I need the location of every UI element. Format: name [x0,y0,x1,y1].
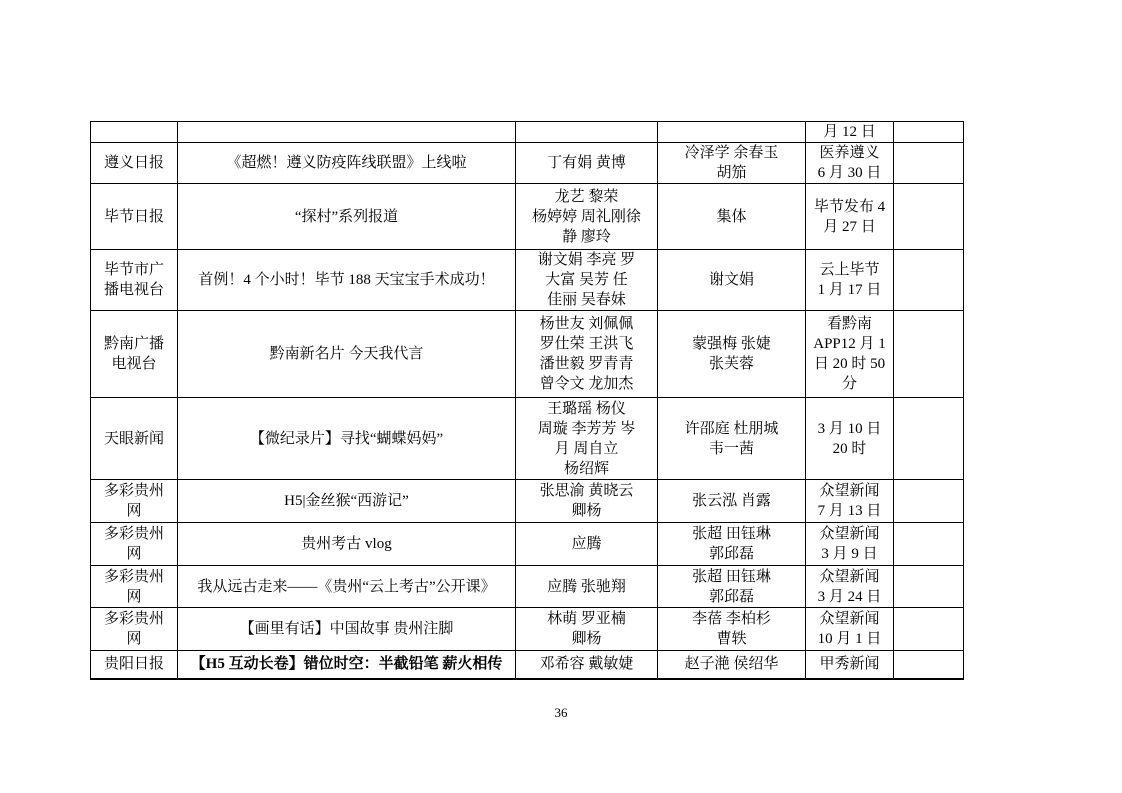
table-row: 黔南广播 电视台 黔南新名片 今天我代言 杨世友 刘佩佩 罗仕荣 王洪飞 潘世毅… [91,311,964,398]
title-cell [178,122,516,143]
editors-cell: 赵子滟 侯绍华 [658,651,806,679]
platform-cell: 3 月 10 日 20 时 [806,398,894,480]
table-row: 毕节日报 “探村”系列报道 龙艺 黎荣 杨婷婷 周礼刚徐 静 廖玲 集体 毕节发… [91,184,964,250]
authors-cell: 杨世友 刘佩佩 罗仕荣 王洪飞 潘世毅 罗青青 曾令文 龙加杰 [516,311,658,398]
table-row: 天眼新闻 【微纪录片】寻找“蝴蝶妈妈” 王璐瑶 杨仪 周璇 李芳芳 岑 月 周自… [91,398,964,480]
media-cell [91,122,178,143]
title-cell: 【H5 互动长卷】错位时空：半截铅笔 薪火相传 [178,651,516,679]
note-cell [894,480,964,523]
editors-cell [658,122,806,143]
title-cell: 黔南新名片 今天我代言 [178,311,516,398]
title-cell: “探村”系列报道 [178,184,516,250]
note-cell [894,311,964,398]
authors-cell: 龙艺 黎荣 杨婷婷 周礼刚徐 静 廖玲 [516,184,658,250]
table-row: 遵义日报 《超燃！遵义防疫阵线联盟》上线啦 丁有娟 黄博 冷泽学 余春玉 胡笳 … [91,143,964,184]
note-cell [894,122,964,143]
note-cell [894,608,964,651]
table-row: 多彩贵州 网 H5|金丝猴“西游记” 张思渝 黄晓云 卿杨 张云泓 肖露 众望新… [91,480,964,523]
title-cell: 贵州考古 vlog [178,523,516,566]
media-cell: 遵义日报 [91,143,178,184]
editors-cell: 李蓓 李柏杉 曹轶 [658,608,806,651]
note-cell [894,250,964,311]
table-row: 月 12 日 [91,122,964,143]
authors-cell: 王璐瑶 杨仪 周璇 李芳芳 岑 月 周自立 杨绍辉 [516,398,658,480]
authors-cell: 邓希容 戴敏婕 [516,651,658,679]
title-cell: 【画里有话】中国故事 贵州注脚 [178,608,516,651]
media-cell: 黔南广播 电视台 [91,311,178,398]
media-cell: 天眼新闻 [91,398,178,480]
platform-cell: 月 12 日 [806,122,894,143]
editors-cell: 张超 田钰琳 郭邱磊 [658,566,806,608]
media-cell: 多彩贵州 网 [91,480,178,523]
note-cell [894,566,964,608]
table-row: 多彩贵州 网 【画里有话】中国故事 贵州注脚 林萌 罗亚楠 卿杨 李蓓 李柏杉 … [91,608,964,651]
editors-cell: 谢文娟 [658,250,806,311]
note-cell [894,398,964,480]
media-cell: 多彩贵州 网 [91,523,178,566]
platform-cell: 看黔南 APP12 月 1 日 20 时 50 分 [806,311,894,398]
authors-cell: 丁有娟 黄博 [516,143,658,184]
media-cell: 毕节市广 播电视台 [91,250,178,311]
editors-cell: 冷泽学 余春玉 胡笳 [658,143,806,184]
media-cell: 毕节日报 [91,184,178,250]
authors-cell: 张思渝 黄晓云 卿杨 [516,480,658,523]
platform-cell: 云上毕节 1 月 17 日 [806,250,894,311]
platform-cell: 众望新闻 3 月 24 日 [806,566,894,608]
title-cell: 首例！4 个小时！毕节 188 天宝宝手术成功！ [178,250,516,311]
authors-cell [516,122,658,143]
title-cell: 【微纪录片】寻找“蝴蝶妈妈” [178,398,516,480]
platform-cell: 众望新闻 10 月 1 日 [806,608,894,651]
media-cell: 贵阳日报 [91,651,178,679]
platform-cell: 甲秀新闻 [806,651,894,679]
platform-cell: 毕节发布 4 月 27 日 [806,184,894,250]
title-cell: 我从远古走来——《贵州“云上考古”公开课》 [178,566,516,608]
editors-cell: 张云泓 肖露 [658,480,806,523]
table-row: 贵阳日报 【H5 互动长卷】错位时空：半截铅笔 薪火相传 邓希容 戴敏婕 赵子滟… [91,651,964,679]
note-cell [894,523,964,566]
title-cell: H5|金丝猴“西游记” [178,480,516,523]
platform-cell: 医养遵义 6 月 30 日 [806,143,894,184]
authors-cell: 应腾 张驰翔 [516,566,658,608]
authors-cell: 应腾 [516,523,658,566]
editors-cell: 张超 田钰琳 郭邱磊 [658,523,806,566]
editors-cell: 蒙强梅 张婕 张芙蓉 [658,311,806,398]
media-cell: 多彩贵州 网 [91,566,178,608]
table-row: 多彩贵州 网 贵州考古 vlog 应腾 张超 田钰琳 郭邱磊 众望新闻 3 月 … [91,523,964,566]
note-cell [894,143,964,184]
document-page: 月 12 日 遵义日报 《超燃！遵义防疫阵线联盟》上线啦 丁有娟 黄博 冷泽学 … [0,0,1122,793]
platform-cell: 众望新闻 7 月 13 日 [806,480,894,523]
note-cell [894,651,964,679]
title-cell: 《超燃！遵义防疫阵线联盟》上线啦 [178,143,516,184]
table-row: 多彩贵州 网 我从远古走来——《贵州“云上考古”公开课》 应腾 张驰翔 张超 田… [91,566,964,608]
table-row: 毕节市广 播电视台 首例！4 个小时！毕节 188 天宝宝手术成功！ 谢文娟 李… [91,250,964,311]
note-cell [894,184,964,250]
page-number: 36 [0,706,1122,720]
editors-cell: 许邵庭 杜朋城 韦一茜 [658,398,806,480]
authors-cell: 谢文娟 李亮 罗 大富 吴芳 任 佳丽 吴春妹 [516,250,658,311]
media-cell: 多彩贵州 网 [91,608,178,651]
authors-cell: 林萌 罗亚楠 卿杨 [516,608,658,651]
platform-cell: 众望新闻 3 月 9 日 [806,523,894,566]
editors-cell: 集体 [658,184,806,250]
media-report-table: 月 12 日 遵义日报 《超燃！遵义防疫阵线联盟》上线啦 丁有娟 黄博 冷泽学 … [90,121,964,680]
